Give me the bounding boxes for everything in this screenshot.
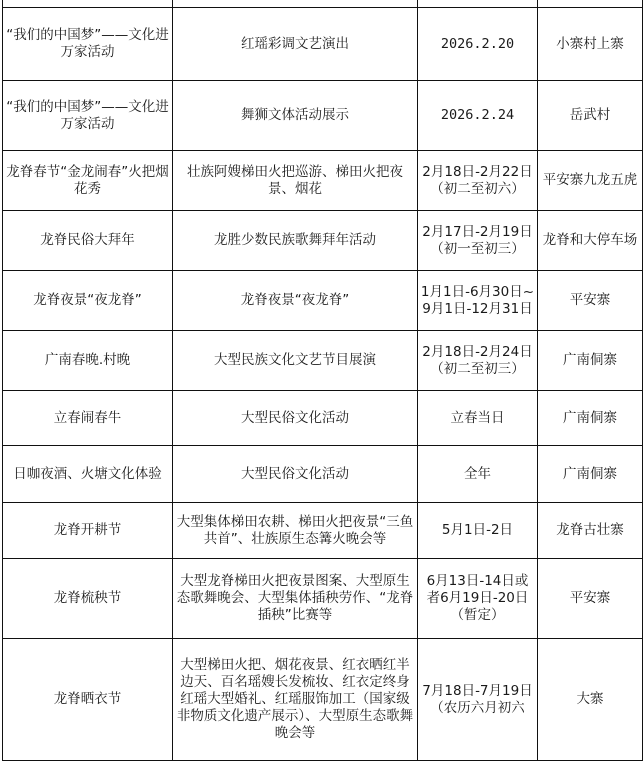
table-row: 日咖夜酒、火塘文化体验大型民俗文化活动全年广南侗寨 [3, 446, 643, 503]
event-date-cell: 7月18日-7月19日（农历六月初六 [418, 639, 538, 761]
table-row: “我们的中国梦”——文化进万家活动舞狮文体活动展示2026.2.24岳武村 [3, 81, 643, 151]
event-content-cell: 龙胜少数民族歌舞拜年活动 [173, 211, 418, 271]
event-name-cell: 龙脊夜景“夜龙脊” [3, 271, 173, 331]
event-name-cell: 立春闹春牛 [3, 391, 173, 446]
event-location-cell: 平安寨 [538, 559, 643, 639]
event-content-cell: 大型民俗文化活动 [173, 391, 418, 446]
event-content-cell [173, 0, 418, 8]
event-content-cell: 壮族阿嫂梯田火把巡游、梯田火把夜景、烟花 [173, 151, 418, 211]
table-row: 龙脊春节“金龙闹春”火把烟花秀壮族阿嫂梯田火把巡游、梯田火把夜景、烟花2月18日… [3, 151, 643, 211]
event-location-cell: 广南侗寨 [538, 446, 643, 503]
event-location-cell [538, 0, 643, 8]
event-name-cell: 龙脊晒衣节 [3, 639, 173, 761]
event-name-cell: 龙脊民俗大拜年 [3, 211, 173, 271]
event-content-cell: 大型梯田火把、烟花夜景、红衣晒红半边天、百名瑶嫂长发梳妆、红衣定终身红瑶大型婚礼… [173, 639, 418, 761]
event-content-cell: 舞狮文体活动展示 [173, 81, 418, 151]
event-date-cell: 6月13日-14日或者6月19日-20日（暂定） [418, 559, 538, 639]
event-date-cell: 2026.2.24 [418, 81, 538, 151]
event-location-cell: 龙脊古壮寨 [538, 503, 643, 559]
event-location-cell: 岳武村 [538, 81, 643, 151]
event-content-cell: 红瑶彩调文艺演出 [173, 8, 418, 81]
table-row: 龙脊开耕节大型集体梯田农耕、梯田火把夜景“三鱼共首”、壮族原生态篝火晚会等5月1… [3, 503, 643, 559]
event-name-cell: 广南春晚.村晚 [3, 331, 173, 391]
table-row: 龙脊梳秧节大型龙脊梯田火把夜景图案、大型原生态歌舞晚会、大型集体插秧劳作、“龙脊… [3, 559, 643, 639]
event-date-cell: 2026.2.20 [418, 8, 538, 81]
event-content-cell: 大型民俗文化活动 [173, 446, 418, 503]
event-content-cell: 大型集体梯田农耕、梯田火把夜景“三鱼共首”、壮族原生态篝火晚会等 [173, 503, 418, 559]
event-date-cell [418, 0, 538, 8]
event-name-cell: 龙脊梳秧节 [3, 559, 173, 639]
event-date-cell: 5月1日-2日 [418, 503, 538, 559]
festival-schedule-table: “我们的中国梦”——文化进万家活动红瑶彩调文艺演出2026.2.20小寨村上寨“… [2, 0, 643, 761]
event-name-cell: 龙脊开耕节 [3, 503, 173, 559]
event-date-cell: 2月18日-2月24日（初二至初三） [418, 331, 538, 391]
table-row [3, 0, 643, 8]
table-row: 龙脊晒衣节大型梯田火把、烟花夜景、红衣晒红半边天、百名瑶嫂长发梳妆、红衣定终身红… [3, 639, 643, 761]
event-location-cell: 广南侗寨 [538, 331, 643, 391]
event-date-cell: 2月17日-2月19日（初一至初三） [418, 211, 538, 271]
event-name-cell: “我们的中国梦”——文化进万家活动 [3, 8, 173, 81]
table-row: “我们的中国梦”——文化进万家活动红瑶彩调文艺演出2026.2.20小寨村上寨 [3, 8, 643, 81]
event-content-cell: 龙脊夜景“夜龙脊” [173, 271, 418, 331]
table-row: 立春闹春牛大型民俗文化活动立春当日广南侗寨 [3, 391, 643, 446]
event-date-cell: 1月1日-6月30日~9月1日-12月31日 [418, 271, 538, 331]
event-date-cell: 2月18日-2月22日（初二至初六） [418, 151, 538, 211]
event-content-cell: 大型民族文化文艺节目展演 [173, 331, 418, 391]
event-name-cell: 龙脊春节“金龙闹春”火把烟花秀 [3, 151, 173, 211]
event-content-cell: 大型龙脊梯田火把夜景图案、大型原生态歌舞晚会、大型集体插秧劳作、“龙脊插秧”比赛… [173, 559, 418, 639]
table-row: 龙脊夜景“夜龙脊”龙脊夜景“夜龙脊”1月1日-6月30日~9月1日-12月31日… [3, 271, 643, 331]
event-location-cell: 小寨村上寨 [538, 8, 643, 81]
event-location-cell: 大寨 [538, 639, 643, 761]
event-name-cell [3, 0, 173, 8]
table-row: 广南春晚.村晚大型民族文化文艺节目展演2月18日-2月24日（初二至初三）广南侗… [3, 331, 643, 391]
event-date-cell: 全年 [418, 446, 538, 503]
event-date-cell: 立春当日 [418, 391, 538, 446]
event-location-cell: 平安寨九龙五虎 [538, 151, 643, 211]
event-name-cell: “我们的中国梦”——文化进万家活动 [3, 81, 173, 151]
table-row: 龙脊民俗大拜年龙胜少数民族歌舞拜年活动2月17日-2月19日（初一至初三）龙脊和… [3, 211, 643, 271]
event-location-cell: 平安寨 [538, 271, 643, 331]
event-location-cell: 龙脊和大停车场 [538, 211, 643, 271]
event-name-cell: 日咖夜酒、火塘文化体验 [3, 446, 173, 503]
event-location-cell: 广南侗寨 [538, 391, 643, 446]
